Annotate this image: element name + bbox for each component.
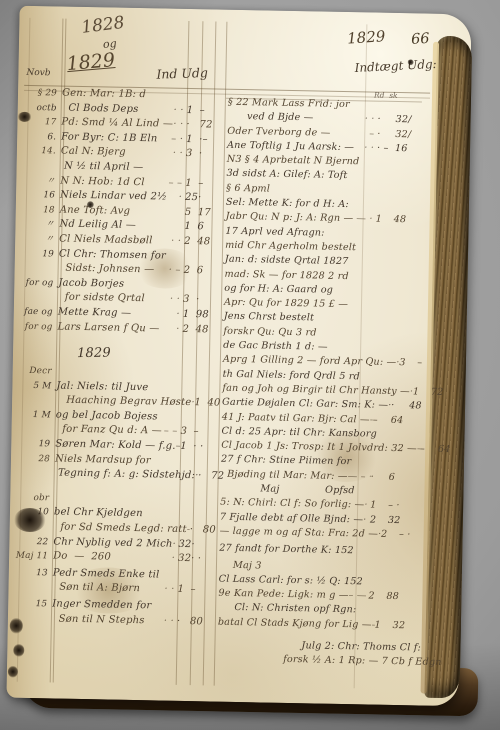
row-text: Søn til N Stephs bbox=[52, 612, 145, 628]
row-amount-rd bbox=[380, 428, 398, 443]
row-amount-sk: 48 bbox=[195, 323, 209, 338]
row-amount-rd: · bbox=[198, 469, 211, 484]
page-number: 66 bbox=[411, 31, 430, 48]
row-leader bbox=[57, 365, 182, 382]
row-text: Bjøding til Mar: Mar: — bbox=[221, 467, 348, 484]
row-amount-sk: 80 bbox=[203, 523, 217, 538]
row-leader bbox=[351, 456, 371, 471]
row-date: 18 bbox=[22, 203, 60, 218]
row-amount-sk: 48 bbox=[409, 400, 437, 415]
ledger-row: for ogLars Larsen f Qu —·248 bbox=[19, 319, 209, 337]
row-amount-sk bbox=[387, 545, 415, 560]
row-amount-rd bbox=[372, 370, 390, 385]
row-amount-rd bbox=[181, 367, 194, 382]
row-amount-rd: 1 bbox=[180, 440, 193, 455]
row-date: 22 bbox=[15, 534, 53, 549]
row-leader: · · bbox=[173, 118, 187, 133]
row-amount-sk: · · bbox=[193, 440, 207, 455]
row-leader bbox=[377, 427, 380, 441]
row-amount-rd bbox=[374, 270, 392, 285]
left-entries: § 29Gen: Mar: 1B: doctb Cl Bods Deps· ·1… bbox=[14, 86, 214, 630]
row-leader: · bbox=[191, 396, 194, 411]
row-amount-rd: 3 bbox=[180, 425, 193, 440]
row-amount-sk: 64 bbox=[391, 413, 419, 428]
row-leader: – – bbox=[145, 176, 186, 191]
row-leader: · — · bbox=[378, 528, 381, 542]
row-amount-rd bbox=[371, 456, 389, 471]
row-leader: · · bbox=[152, 234, 184, 249]
ledger-row: 27 fandt for Dorthe K: 152 bbox=[219, 542, 415, 560]
row-amount-rd: 1 bbox=[184, 220, 197, 235]
row-leader: · bbox=[167, 191, 185, 206]
ledger-page: 1828 og 1829 Novb Ind Udg 1829 66 Indtæg… bbox=[6, 6, 471, 707]
row-leader: · · bbox=[145, 292, 183, 307]
row-date: 19 bbox=[21, 246, 59, 261]
row-leader bbox=[158, 410, 181, 425]
row-amount-rd: · bbox=[177, 614, 190, 629]
row-amount-rd bbox=[181, 411, 194, 426]
row-leader: – bbox=[330, 126, 377, 141]
row-date: § 29 bbox=[24, 86, 62, 101]
row-leader bbox=[359, 155, 377, 170]
row-amount-sk: 88 bbox=[386, 590, 414, 605]
row-amount-rd: 2 bbox=[183, 264, 196, 279]
row-leader bbox=[349, 198, 376, 213]
row-amount-rd bbox=[375, 256, 393, 271]
row-amount-sk bbox=[387, 576, 415, 591]
row-amount-rd bbox=[373, 342, 391, 357]
row-amount-rd: 1 bbox=[186, 133, 199, 148]
row-text: Jacob Borjes bbox=[58, 276, 124, 292]
row-amount-rd: · bbox=[190, 523, 203, 538]
row-leader: — · bbox=[353, 213, 376, 228]
row-text: Nd Leilig Al — bbox=[59, 218, 136, 234]
ink-blot bbox=[408, 59, 414, 65]
row-leader bbox=[270, 182, 376, 198]
row-leader: · – · bbox=[363, 513, 370, 527]
row-amount-rd: 5 bbox=[185, 206, 198, 221]
row-amount-rd: 32 bbox=[178, 537, 191, 552]
row-leader: · bbox=[111, 551, 178, 567]
header-right-columns: Indtægt Udg: bbox=[354, 57, 437, 75]
ink-blot bbox=[13, 644, 24, 657]
row-text: for sidste Qrtal bbox=[58, 291, 145, 307]
row-amount-sk: 6 bbox=[196, 264, 210, 279]
row-amount-rd bbox=[424, 642, 442, 657]
row-leader: · · bbox=[313, 112, 377, 128]
row-amount-rd bbox=[375, 242, 393, 257]
row-amount-rd bbox=[181, 382, 194, 397]
row-leader: – – bbox=[176, 440, 181, 455]
row-amount-rd: · bbox=[371, 470, 389, 485]
row-leader: · – bbox=[195, 469, 198, 484]
row-leader bbox=[356, 241, 375, 256]
row-amount-sk: 6 bbox=[197, 221, 211, 236]
row-amount-rd: 1 bbox=[187, 104, 200, 119]
row-amount-sk: 40 bbox=[207, 397, 221, 412]
row-amount-sk bbox=[192, 509, 206, 524]
row-leader: · · bbox=[138, 103, 187, 119]
row-amount-rd bbox=[374, 313, 392, 328]
row-leader bbox=[151, 454, 180, 469]
row-amount-rd: 2 bbox=[182, 322, 195, 337]
row-amount-sk: – bbox=[190, 584, 204, 599]
year-divider-row: 1829 bbox=[19, 342, 209, 365]
row-amount-rd bbox=[369, 561, 387, 576]
header-year-main: 1829 bbox=[66, 49, 116, 75]
row-leader bbox=[146, 88, 187, 103]
row-leader bbox=[355, 484, 371, 499]
row-amount-rd bbox=[376, 170, 394, 185]
ink-blot bbox=[10, 618, 23, 634]
row-leader bbox=[325, 226, 376, 241]
row-amount-sk bbox=[192, 494, 206, 509]
row-leader: · bbox=[159, 322, 182, 337]
row-amount-sk bbox=[194, 382, 208, 397]
row-amount-sk: – bbox=[193, 426, 207, 441]
row-amount-sk bbox=[389, 456, 417, 471]
row-leader: – – · bbox=[371, 618, 374, 632]
row-amount-rd bbox=[375, 227, 393, 242]
row-amount-sk bbox=[442, 642, 470, 657]
row-amount-sk: 64 bbox=[438, 443, 466, 458]
row-date: 19 bbox=[17, 437, 55, 452]
row-amount-sk: – · bbox=[399, 528, 427, 543]
row-date bbox=[20, 290, 58, 305]
row-leader: – – bbox=[187, 523, 190, 538]
row-amount-rd: 1 bbox=[177, 583, 190, 598]
row-leader bbox=[262, 559, 370, 575]
row-leader bbox=[143, 161, 186, 176]
row-amount-sk: 98 bbox=[196, 308, 210, 323]
row-leader bbox=[328, 341, 374, 356]
row-amount-sk bbox=[392, 299, 420, 314]
row-text: Do — 260 bbox=[53, 550, 111, 566]
row-text: Lars Larsen f Qu — bbox=[57, 320, 159, 337]
row-leader bbox=[360, 370, 373, 385]
row-date: obr bbox=[16, 491, 54, 506]
ledger-row: Søn til A: Bjørn· ·1– bbox=[14, 580, 204, 598]
row-amount-sk: 17 bbox=[198, 206, 212, 221]
row-date: 〃 bbox=[22, 173, 60, 188]
row-amount-sk bbox=[392, 285, 420, 300]
row-date bbox=[17, 466, 55, 481]
header-month: Novb bbox=[26, 68, 50, 78]
row-leader: · – · bbox=[364, 499, 370, 513]
row-amount-rd: 1 bbox=[375, 213, 393, 228]
row-amount-rd bbox=[378, 99, 396, 114]
row-amount-rd: · – bbox=[377, 142, 395, 157]
row-amount-sk: 16 bbox=[395, 142, 423, 157]
row-amount-sk bbox=[390, 371, 418, 386]
row-leader: – — bbox=[348, 589, 368, 604]
row-leader: – · bbox=[157, 132, 186, 147]
row-text: Ane Toft: Avg bbox=[60, 203, 131, 219]
row-amount-rd: – bbox=[373, 413, 391, 428]
row-date: fae og bbox=[20, 305, 58, 320]
row-date: for og bbox=[20, 276, 58, 291]
ledger-row: Søn til N Stephs· ··80 bbox=[14, 611, 204, 629]
row-amount-rd bbox=[185, 162, 198, 177]
row-amount-sk bbox=[194, 367, 208, 382]
row-leader: — – · bbox=[347, 470, 370, 485]
row-amount-rd: 1 bbox=[183, 308, 196, 323]
row-amount-sk bbox=[197, 250, 211, 265]
ledger-row: batal Cl Stads Kjøng for Lig —– – ·132 bbox=[218, 615, 414, 633]
row-leader bbox=[348, 255, 375, 270]
row-leader bbox=[159, 568, 178, 583]
row-text: Cal N: Bjerg bbox=[61, 145, 126, 161]
row-leader bbox=[130, 205, 185, 221]
row-amount-sk: – bbox=[200, 104, 214, 119]
row-amount-sk bbox=[191, 569, 205, 584]
row-amount-rd bbox=[368, 604, 386, 619]
row-amount-rd bbox=[370, 485, 388, 500]
row-amount-sk bbox=[392, 270, 420, 285]
row-amount-rd: – bbox=[420, 443, 438, 458]
row-leader: · – bbox=[154, 263, 184, 278]
ledger-row: forsk ½ A: 1 Rp: — 7 Cb f Edgn bbox=[217, 652, 413, 670]
row-date: 13 bbox=[15, 566, 53, 581]
row-amount-rd: 3 bbox=[186, 147, 199, 162]
row-text: N N: Hob: 1d Cl bbox=[60, 174, 145, 190]
row-amount-sk bbox=[388, 485, 416, 500]
row-leader: · bbox=[410, 385, 413, 399]
row-amount-sk bbox=[393, 256, 421, 271]
row-leader: · · bbox=[140, 583, 178, 598]
row-text: batal Cl Stads Kjøng for Lig — bbox=[218, 615, 372, 632]
row-amount-rd: · bbox=[391, 399, 409, 414]
row-amount-rd: 3 bbox=[183, 293, 196, 308]
row-amount-sk bbox=[200, 89, 214, 104]
row-date: 16 bbox=[22, 188, 60, 203]
row-amount-sk bbox=[394, 199, 422, 214]
row-date: 28 bbox=[17, 451, 55, 466]
row-amount-sk bbox=[392, 313, 420, 328]
row-date: 〃 bbox=[21, 217, 59, 232]
row-amount-rd bbox=[184, 249, 197, 264]
row-amount-sk: · · bbox=[191, 552, 205, 567]
row-date bbox=[18, 393, 56, 408]
ledger-row: — lagge m og af Sta: Fra: 2d —· — ·2– · bbox=[219, 525, 415, 543]
row-text: Gen: Mar: 1B: d bbox=[62, 87, 146, 103]
row-leader bbox=[316, 326, 373, 341]
row-leader bbox=[363, 575, 369, 589]
row-date: Maj 11 bbox=[15, 549, 53, 564]
row-leader bbox=[356, 604, 368, 619]
row-amount-sk bbox=[396, 99, 424, 114]
row-amount-rd bbox=[444, 656, 462, 671]
row-text: § 6 Apml bbox=[226, 182, 270, 197]
row-amount-sk: · bbox=[199, 148, 213, 163]
row-amount-sk bbox=[394, 170, 422, 185]
row-amount-sk: – · bbox=[388, 499, 416, 514]
row-amount-sk: 48 bbox=[393, 213, 421, 228]
row-amount-sk bbox=[395, 156, 423, 171]
row-text: Søn til A: Bjørn bbox=[52, 581, 140, 597]
row-amount-sk: 48 bbox=[197, 235, 211, 250]
row-amount-sk: · bbox=[198, 191, 212, 206]
row-leader: · bbox=[131, 307, 183, 323]
row-leader bbox=[148, 381, 181, 396]
row-amount-rd bbox=[376, 184, 394, 199]
row-amount-sk bbox=[190, 600, 204, 615]
row-amount-sk: 72 bbox=[431, 386, 459, 401]
row-date bbox=[21, 261, 59, 276]
row-amount-rd: 2 bbox=[381, 528, 399, 543]
row-leader bbox=[151, 599, 177, 614]
row-amount-rd: 1 bbox=[374, 618, 392, 633]
row-amount-rd bbox=[377, 156, 395, 171]
header-year-top: 1828 bbox=[80, 13, 125, 38]
right-entries: § 22 Mark Lass Frid: jor ved d Bjde —· ·… bbox=[217, 96, 424, 670]
row-leader bbox=[136, 219, 185, 235]
row-date: 〃 bbox=[21, 232, 59, 247]
row-amount-rd bbox=[179, 508, 192, 523]
row-amount-rd bbox=[177, 600, 190, 615]
row-amount-sk: 72 bbox=[199, 118, 213, 133]
row-amount-sk: 6 bbox=[389, 471, 417, 486]
row-amount-rd: 2 bbox=[184, 235, 197, 250]
row-leader bbox=[333, 284, 374, 299]
row-leader: – bbox=[417, 443, 420, 457]
row-amount-sk bbox=[387, 561, 415, 576]
row-leader: · · bbox=[144, 614, 177, 629]
row-date: 15 bbox=[14, 597, 52, 612]
row-amount-rd: 1 bbox=[370, 499, 388, 514]
row-amount-rd bbox=[183, 279, 196, 294]
row-date: for og bbox=[19, 319, 57, 334]
row-leader bbox=[421, 642, 424, 656]
row-amount-rd bbox=[373, 327, 391, 342]
row-amount-rd bbox=[178, 569, 191, 584]
row-amount-sk bbox=[196, 279, 210, 294]
row-amount-sk bbox=[198, 162, 212, 177]
row-leader: · · bbox=[354, 141, 377, 156]
row-amount-sk bbox=[398, 428, 426, 443]
row-text: Maj 3 bbox=[233, 558, 262, 573]
header-left-columns: Ind Udg bbox=[156, 65, 208, 82]
row-date: 14. bbox=[23, 144, 61, 159]
row-amount-rd bbox=[369, 545, 387, 560]
row-amount-sk: 32 bbox=[392, 619, 420, 634]
row-amount-rd bbox=[180, 455, 193, 470]
row-amount-rd: 2 bbox=[368, 590, 386, 605]
row-amount-sk: – bbox=[198, 177, 212, 192]
row-amount-sk bbox=[386, 604, 414, 619]
row-amount-sk: 32 bbox=[388, 513, 416, 528]
row-leader: · bbox=[172, 537, 178, 552]
ink-blot bbox=[17, 112, 31, 122]
row-amount-rd bbox=[376, 199, 394, 214]
row-leader bbox=[349, 270, 375, 285]
row-date: 1 M bbox=[18, 408, 56, 423]
row-leader bbox=[54, 491, 179, 508]
row-amount-rd: 2 bbox=[370, 513, 388, 528]
row-amount-sk: 32/ bbox=[395, 128, 423, 143]
row-amount-rd: · bbox=[377, 113, 395, 128]
header-page-year: 1829 bbox=[347, 27, 386, 48]
row-leader: – – bbox=[162, 425, 181, 440]
row-leader bbox=[354, 544, 370, 559]
row-leader bbox=[314, 312, 374, 327]
row-leader bbox=[348, 298, 374, 313]
row-amount-sk bbox=[394, 185, 422, 200]
row-amount-sk: · bbox=[191, 538, 205, 553]
row-amount-rd: 3 bbox=[399, 356, 417, 371]
row-text: Cl Bods Deps bbox=[62, 101, 139, 117]
row-leader bbox=[124, 278, 183, 294]
row-amount-rd bbox=[369, 575, 387, 590]
row-text: Tegning f: A: g: Sidstehjd: bbox=[55, 467, 196, 484]
row-amount-rd bbox=[187, 89, 200, 104]
row-amount-sk: – bbox=[417, 357, 445, 372]
row-amount-sk: 80 bbox=[190, 615, 204, 630]
row-amount-rd: 1 bbox=[194, 396, 207, 411]
row-leader bbox=[441, 656, 444, 670]
row-amount-sk bbox=[193, 455, 207, 470]
row-leader: – · bbox=[370, 413, 373, 427]
row-amount-sk: ·– bbox=[199, 133, 213, 148]
row-date bbox=[22, 159, 60, 174]
row-text: — lagge m og af Sta: Fra: 2d — bbox=[219, 525, 378, 542]
row-leader: · bbox=[396, 356, 399, 370]
row-date bbox=[17, 422, 55, 437]
row-date: 6. bbox=[23, 130, 61, 145]
row-amount-rd bbox=[179, 494, 192, 509]
row-date bbox=[14, 580, 52, 595]
row-text: forsk ½ A: 1 Rp: — 7 Cb f Edgn bbox=[283, 653, 442, 670]
ledger-row: Maj 11Do — 260·32· · bbox=[15, 549, 205, 567]
row-amount-sk bbox=[393, 228, 421, 243]
row-amount-rd bbox=[374, 299, 392, 314]
row-amount-sk bbox=[391, 328, 419, 343]
row-amount-sk: · bbox=[196, 293, 210, 308]
ledger-photo: 1828 og 1829 Novb Ind Udg 1829 66 Indtæg… bbox=[0, 0, 500, 730]
row-leader bbox=[143, 508, 179, 523]
row-text: N ½ til April — bbox=[60, 160, 143, 176]
row-leader bbox=[347, 170, 376, 185]
row-text: Mette Krag — bbox=[58, 305, 132, 321]
row-amount-sk bbox=[462, 657, 490, 672]
row-date: 5 M bbox=[18, 378, 56, 393]
row-amount-rd: 1 bbox=[413, 385, 431, 400]
row-amount-rd: 32 bbox=[178, 552, 191, 567]
row-amount-sk: 32/ bbox=[395, 113, 423, 128]
row-amount-rd: · bbox=[377, 127, 395, 142]
row-leader: · – bbox=[388, 399, 391, 413]
row-text: 27 fandt for Dorthe K: 152 bbox=[219, 542, 354, 559]
row-amount-rd: 1 bbox=[185, 177, 198, 192]
row-amount-sk bbox=[391, 342, 419, 357]
row-amount-rd: 25 bbox=[185, 191, 198, 206]
row-amount-sk bbox=[194, 411, 208, 426]
row-leader bbox=[350, 98, 378, 113]
row-amount-rd bbox=[374, 284, 392, 299]
row-date: Decr bbox=[19, 364, 57, 379]
row-amount-rd: · bbox=[186, 118, 199, 133]
row-leader bbox=[166, 249, 184, 264]
row-amount-sk bbox=[393, 242, 421, 257]
row-leader: · · bbox=[126, 146, 186, 162]
